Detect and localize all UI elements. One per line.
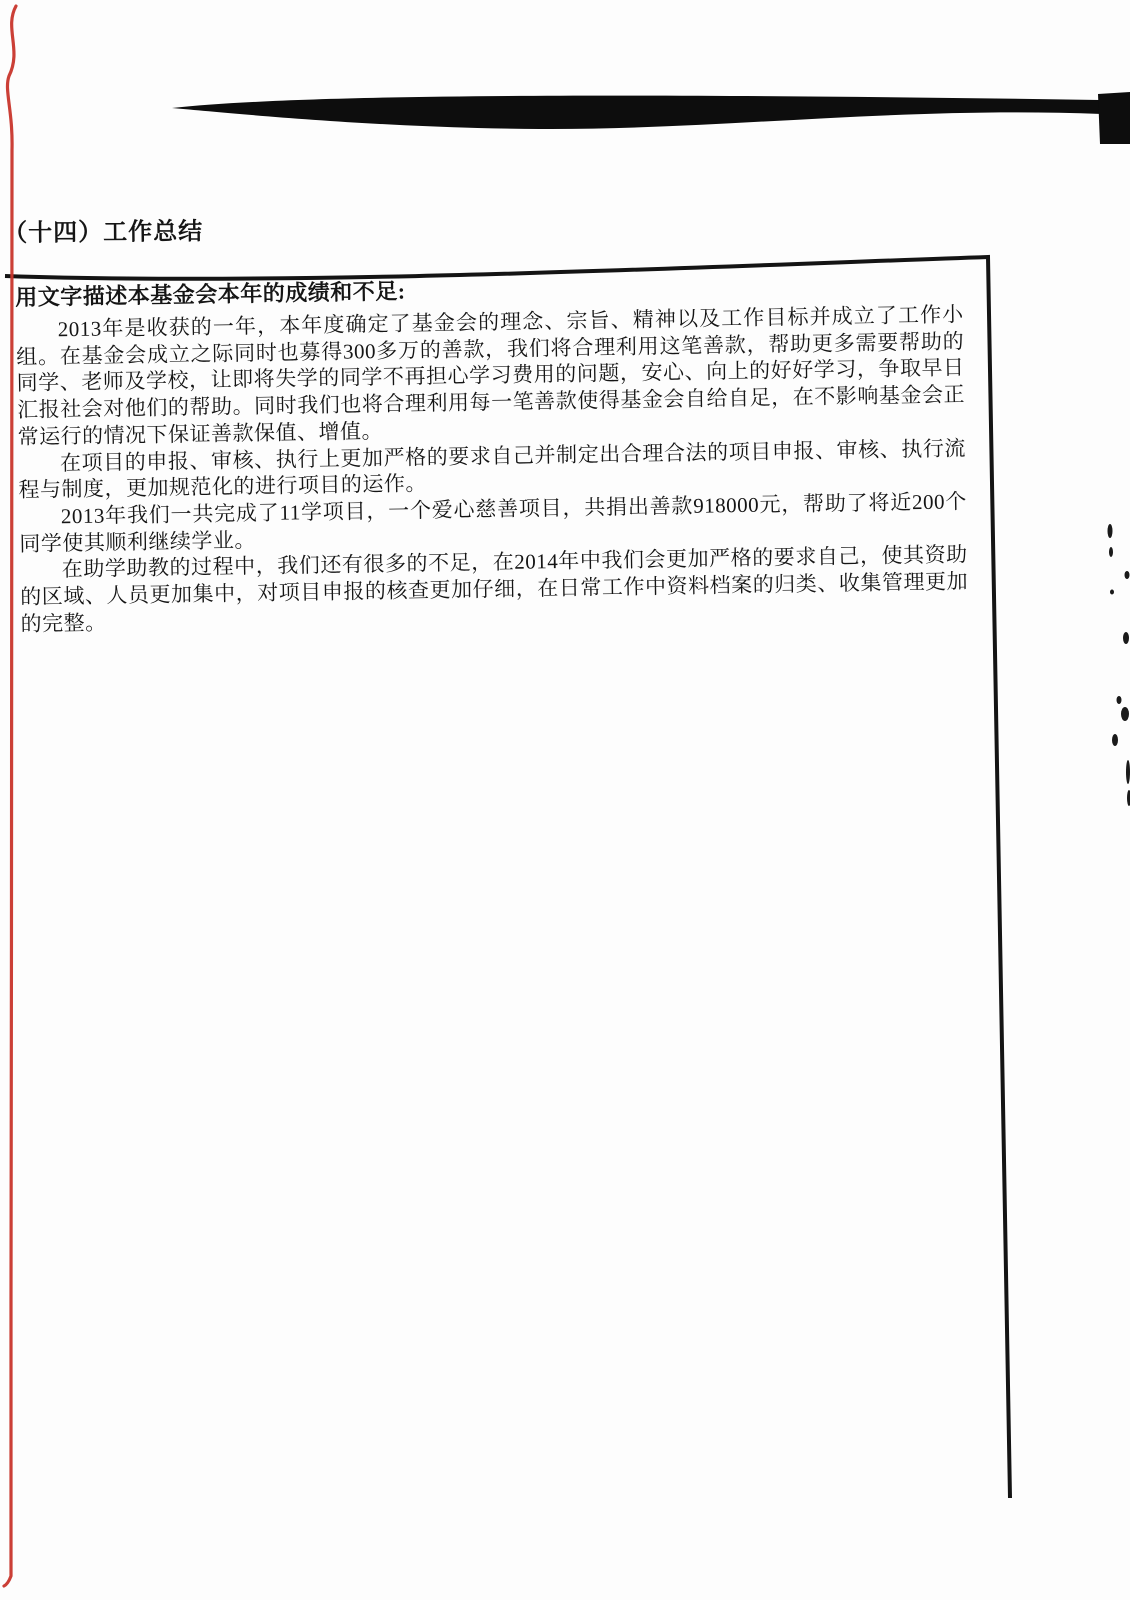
- summary-box: 用文字描述本基金会本年的成绩和不足: 2013年是收获的一年，本年度确定了基金会…: [15, 265, 969, 637]
- page-top-scan-bar: [172, 96, 1130, 142]
- summary-paragraph: 在助学助教的过程中，我们还有很多的不足，在2014年中我们会更加严格的要求自己，…: [20, 542, 969, 638]
- summary-paragraph: 2013年是收获的一年，本年度确定了基金会的理念、宗旨、精神以及工作目标并成立了…: [16, 301, 966, 450]
- ink-specks: [1108, 524, 1130, 806]
- scanned-document-page: （十四）工作总结 用文字描述本基金会本年的成绩和不足: 2013年是收获的一年，…: [0, 0, 1130, 1600]
- section-title: （十四）工作总结: [3, 211, 203, 248]
- page-corner-scan-blob: [1098, 92, 1130, 144]
